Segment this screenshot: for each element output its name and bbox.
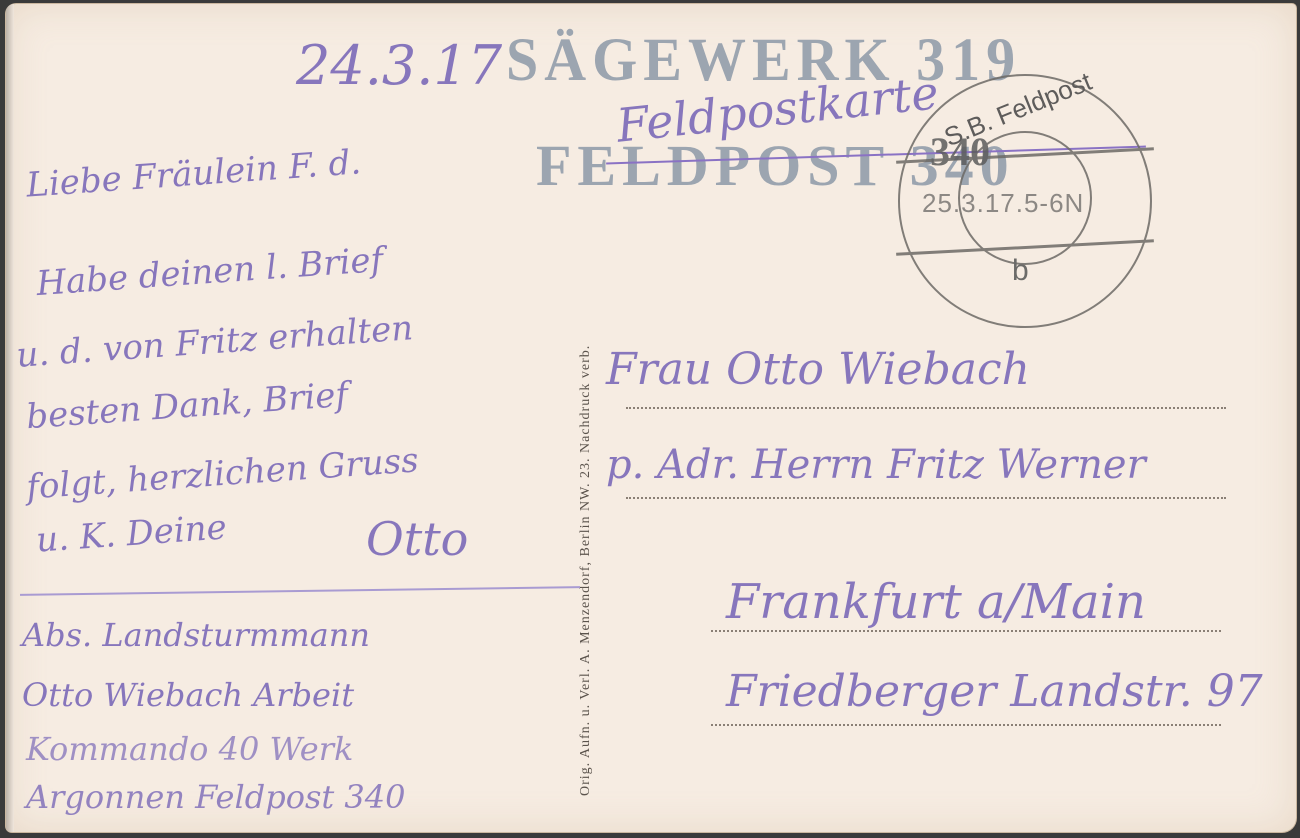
handwritten-date: 24.3.17 <box>296 34 502 97</box>
message-line: besten Dank, Brief <box>25 375 349 437</box>
address-line: Frau Otto Wiebach <box>606 344 1030 395</box>
publisher-imprint: Orig. Aufn. u. Verl. A. Menzendorf, Berl… <box>578 76 594 796</box>
address-dotted-line <box>711 724 1221 726</box>
address-line: Frankfurt a/Main <box>726 574 1146 630</box>
message-line: u. K. Deine <box>35 507 228 560</box>
message-line: Liebe Fräulein F. d. <box>25 142 362 205</box>
signature: Otto <box>366 512 468 566</box>
address-dotted-line <box>711 630 1221 632</box>
address-dotted-line <box>626 407 1226 409</box>
feldpost-postmark: S.B. Feldpost 340 25.3.17.5-6N b <box>898 74 1152 328</box>
address-line: p. Adr. Herrn Fritz Werner <box>606 442 1146 488</box>
postmark-letter: b <box>1012 254 1029 288</box>
message-line: u. d. von Fritz erhalten <box>15 308 414 376</box>
sender-line: Argonnen Feldpost 340 <box>26 778 405 816</box>
divider-line <box>20 586 580 596</box>
postmark-date: 25.3.17.5-6N <box>922 188 1084 219</box>
message-line: Habe deinen l. Brief <box>35 240 384 304</box>
sender-line: Otto Wiebach Arbeit <box>22 676 354 714</box>
sender-line: Kommando 40 Werk <box>26 730 353 768</box>
address-line: Friedberger Landstr. 97 <box>726 666 1263 717</box>
card-edge <box>6 4 14 832</box>
sender-line: Abs. Landsturmmann <box>22 616 370 654</box>
message-line: folgt, herzlichen Gruss <box>25 440 420 507</box>
postcard-back: 24.3.17 SÄGEWERK 319 FELDPOST 340 Feldpo… <box>6 4 1296 832</box>
postmark-number: 340 <box>930 128 990 175</box>
address-dotted-line <box>626 497 1226 499</box>
